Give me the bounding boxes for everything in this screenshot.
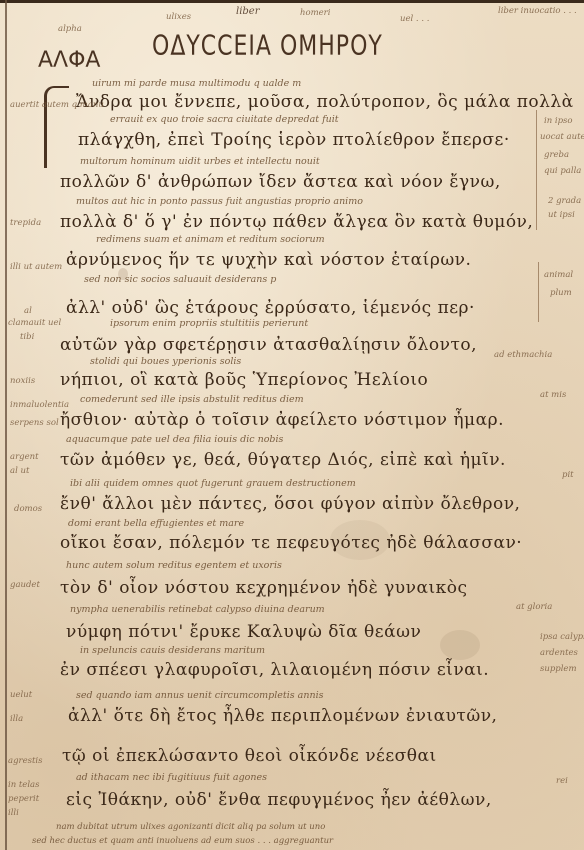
right-margin-note: at mis <box>540 390 566 400</box>
top-gloss: alpha <box>58 24 82 34</box>
left-margin-note: auertit autem q manu <box>10 100 104 110</box>
top-gloss: uel . . . <box>400 14 429 24</box>
greek-line: τῷ οἱ ἐπεκλώσαντο θεοὶ οἶκόνδε νέεσθαι <box>62 746 437 766</box>
left-margin-note: inmaluolentia <box>10 400 69 410</box>
right-margin-note: ardentes <box>540 648 578 658</box>
left-margin-note: gaudet <box>10 580 40 590</box>
right-margin-note: ut ipsi <box>548 210 575 220</box>
greek-line: ἀλλ' οὐδ' ὣς ἑτάρους ἐρρύσατο, ἱέμενός π… <box>66 298 475 318</box>
left-margin-note: peperit <box>8 794 39 804</box>
right-margin-note: in ipso <box>544 116 573 126</box>
right-margin-note: ad ethmachia <box>494 350 552 360</box>
right-margin-note: uocat autem <box>540 132 584 142</box>
greek-line: τὸν δ' οἶον νόστου κεχρημένον ἠδὲ γυναικ… <box>60 578 468 598</box>
right-margin-note: supplem <box>540 664 577 674</box>
left-margin-note: in telas <box>8 780 40 790</box>
bottom-gloss: sed hec ductus et quam anti inuoluens ad… <box>32 836 333 846</box>
interlinear-gloss: redimens suam et animam et reditum socio… <box>96 234 325 245</box>
binding-edge-rule <box>5 0 7 850</box>
left-margin-note: al <box>24 306 32 316</box>
top-gloss: liber inuocatio . . . <box>498 6 577 16</box>
decorated-initial <box>44 86 69 168</box>
left-margin-note: al ut <box>10 466 29 476</box>
interlinear-gloss: ibi alii quidem omnes quot fugerunt grau… <box>70 478 356 489</box>
interlinear-gloss: stolidi qui boues yperionis solis <box>90 356 241 367</box>
right-margin-note: at gloria <box>516 602 552 612</box>
right-margin-note: rei <box>556 776 568 786</box>
left-margin-note: illi <box>8 808 19 818</box>
manuscript-page: alpha ulixes liber homeri uel . . . libe… <box>0 0 584 850</box>
bottom-gloss: nam dubitat utrum ulixes agonizanti dici… <box>56 822 325 832</box>
interlinear-gloss: hunc autem solum reditus egentem et uxor… <box>66 560 282 571</box>
interlinear-gloss: multorum hominum uidit urbes et intellec… <box>80 156 320 167</box>
interlinear-gloss: multos aut hic in ponto passus fuit angu… <box>76 196 363 207</box>
interlinear-gloss: ad ithacam nec ibi fugitiuus fuit agones <box>76 772 267 783</box>
interlinear-gloss: domi erant bella effugientes et mare <box>68 518 244 529</box>
greek-line: νήπιοι, οἳ κατὰ βοῦς Ὑπερίονος Ἠελίοιο <box>60 370 428 390</box>
left-margin-note: serpens sol <box>10 418 59 428</box>
greek-line: ἐν σπέεσι γλαφυροῖσι, λιλαιομένη πόσιν ε… <box>60 660 489 680</box>
interlinear-gloss: aquacumque pate uel dea filia iouis dic … <box>66 434 283 445</box>
left-margin-note: trepida <box>10 218 41 228</box>
interlinear-gloss: comederunt sed ille ipsis abstulit redit… <box>80 394 304 405</box>
right-margin-note: animal <box>544 270 573 280</box>
interlinear-gloss: uirum mi parde musa multimodu q ualde m <box>92 78 301 89</box>
interlinear-gloss: nympha uenerabilis retinebat calypso diu… <box>70 604 325 615</box>
left-margin-note: clamauit uel <box>8 318 61 328</box>
margin-bracket <box>538 262 539 322</box>
top-gloss: liber <box>236 6 260 17</box>
greek-line: τῶν ἀμόθεν γε, θεά, θύγατερ Διός, εἰπὲ κ… <box>60 450 506 470</box>
right-margin-note: qui palla <box>544 166 581 176</box>
interlinear-gloss: in speluncis cauis desiderans maritum <box>80 645 265 656</box>
right-margin-note: 2 grada <box>548 196 581 206</box>
greek-line: εἰς Ἰθάκην, οὐδ' ἔνθα πεφυγμένος ἦεν ἀέθ… <box>66 790 492 810</box>
water-stain <box>440 630 480 660</box>
greek-line: ἀλλ' ὅτε δὴ ἔτος ἦλθε περιπλομένων ἐνιαυ… <box>68 706 497 726</box>
left-margin-note: tibi <box>20 332 34 342</box>
greek-line: Ἄνδρα μοι ἔννεπε, μοῦσα, πολύτροπον, ὃς … <box>76 92 574 112</box>
left-margin-note: uelut <box>10 690 32 700</box>
manuscript-title: ΟΔΥϹϹΕΙΑ ΟΜΗΡΟΥ <box>152 31 383 62</box>
left-margin-note: illa <box>10 714 23 724</box>
book-marker: ΑΛΦΑ <box>38 48 100 73</box>
greek-line: αὐτῶν γὰρ σφετέρῃσιν ἀτασθαλίῃσιν ὄλοντο… <box>60 335 477 355</box>
top-gloss: homeri <box>300 8 330 18</box>
left-margin-note: domos <box>14 504 42 514</box>
greek-line: ἤσθιον· αὐτὰρ ὁ τοῖσιν ἀφείλετο νόστιμον… <box>60 410 504 430</box>
margin-bracket <box>536 110 537 230</box>
right-margin-note: greba <box>544 150 569 160</box>
greek-line: πλάγχθη, ἐπεὶ Τροίης ἱερὸν πτολίεθρον ἔπ… <box>78 130 510 150</box>
right-margin-note: ipsa calyps <box>540 632 584 642</box>
greek-line: οἴκοι ἔσαν, πόλεμόν τε πεφευγότες ἠδὲ θά… <box>60 533 522 553</box>
left-margin-note: argent <box>10 452 39 462</box>
interlinear-gloss: errauit ex quo troie sacra ciuitate depr… <box>110 114 339 125</box>
left-margin-note: noxiis <box>10 376 35 386</box>
right-margin-note: pit <box>562 470 574 480</box>
greek-line: πολλῶν δ' ἀνθρώπων ἴδεν ἄστεα καὶ νόον ἔ… <box>60 172 501 192</box>
left-margin-note: agrestis <box>8 756 42 766</box>
interlinear-gloss: ipsorum enim propriis stultitiis perieru… <box>110 318 308 329</box>
left-margin-note: illi ut autem <box>10 262 62 272</box>
greek-line: νύμφη πότνι' ἔρυκε Καλυψὼ δῖα θεάων <box>66 622 421 642</box>
page-top-edge <box>0 0 584 3</box>
greek-line: ἔνθ' ἄλλοι μὲν πάντες, ὅσοι φύγον αἰπὺν … <box>60 494 520 514</box>
top-gloss: ulixes <box>166 12 191 22</box>
greek-line: πολλὰ δ' ὅ γ' ἐν πόντῳ πάθεν ἄλγεα ὃν κα… <box>60 212 533 232</box>
right-margin-note: plum <box>550 288 572 298</box>
interlinear-gloss: sed quando iam annus uenit circumcomplet… <box>76 690 323 701</box>
greek-line: ἀρνύμενος ἥν τε ψυχὴν καὶ νόστον ἑταίρων… <box>66 250 471 270</box>
interlinear-gloss: sed non sic socios saluauit desiderans p <box>84 274 276 285</box>
